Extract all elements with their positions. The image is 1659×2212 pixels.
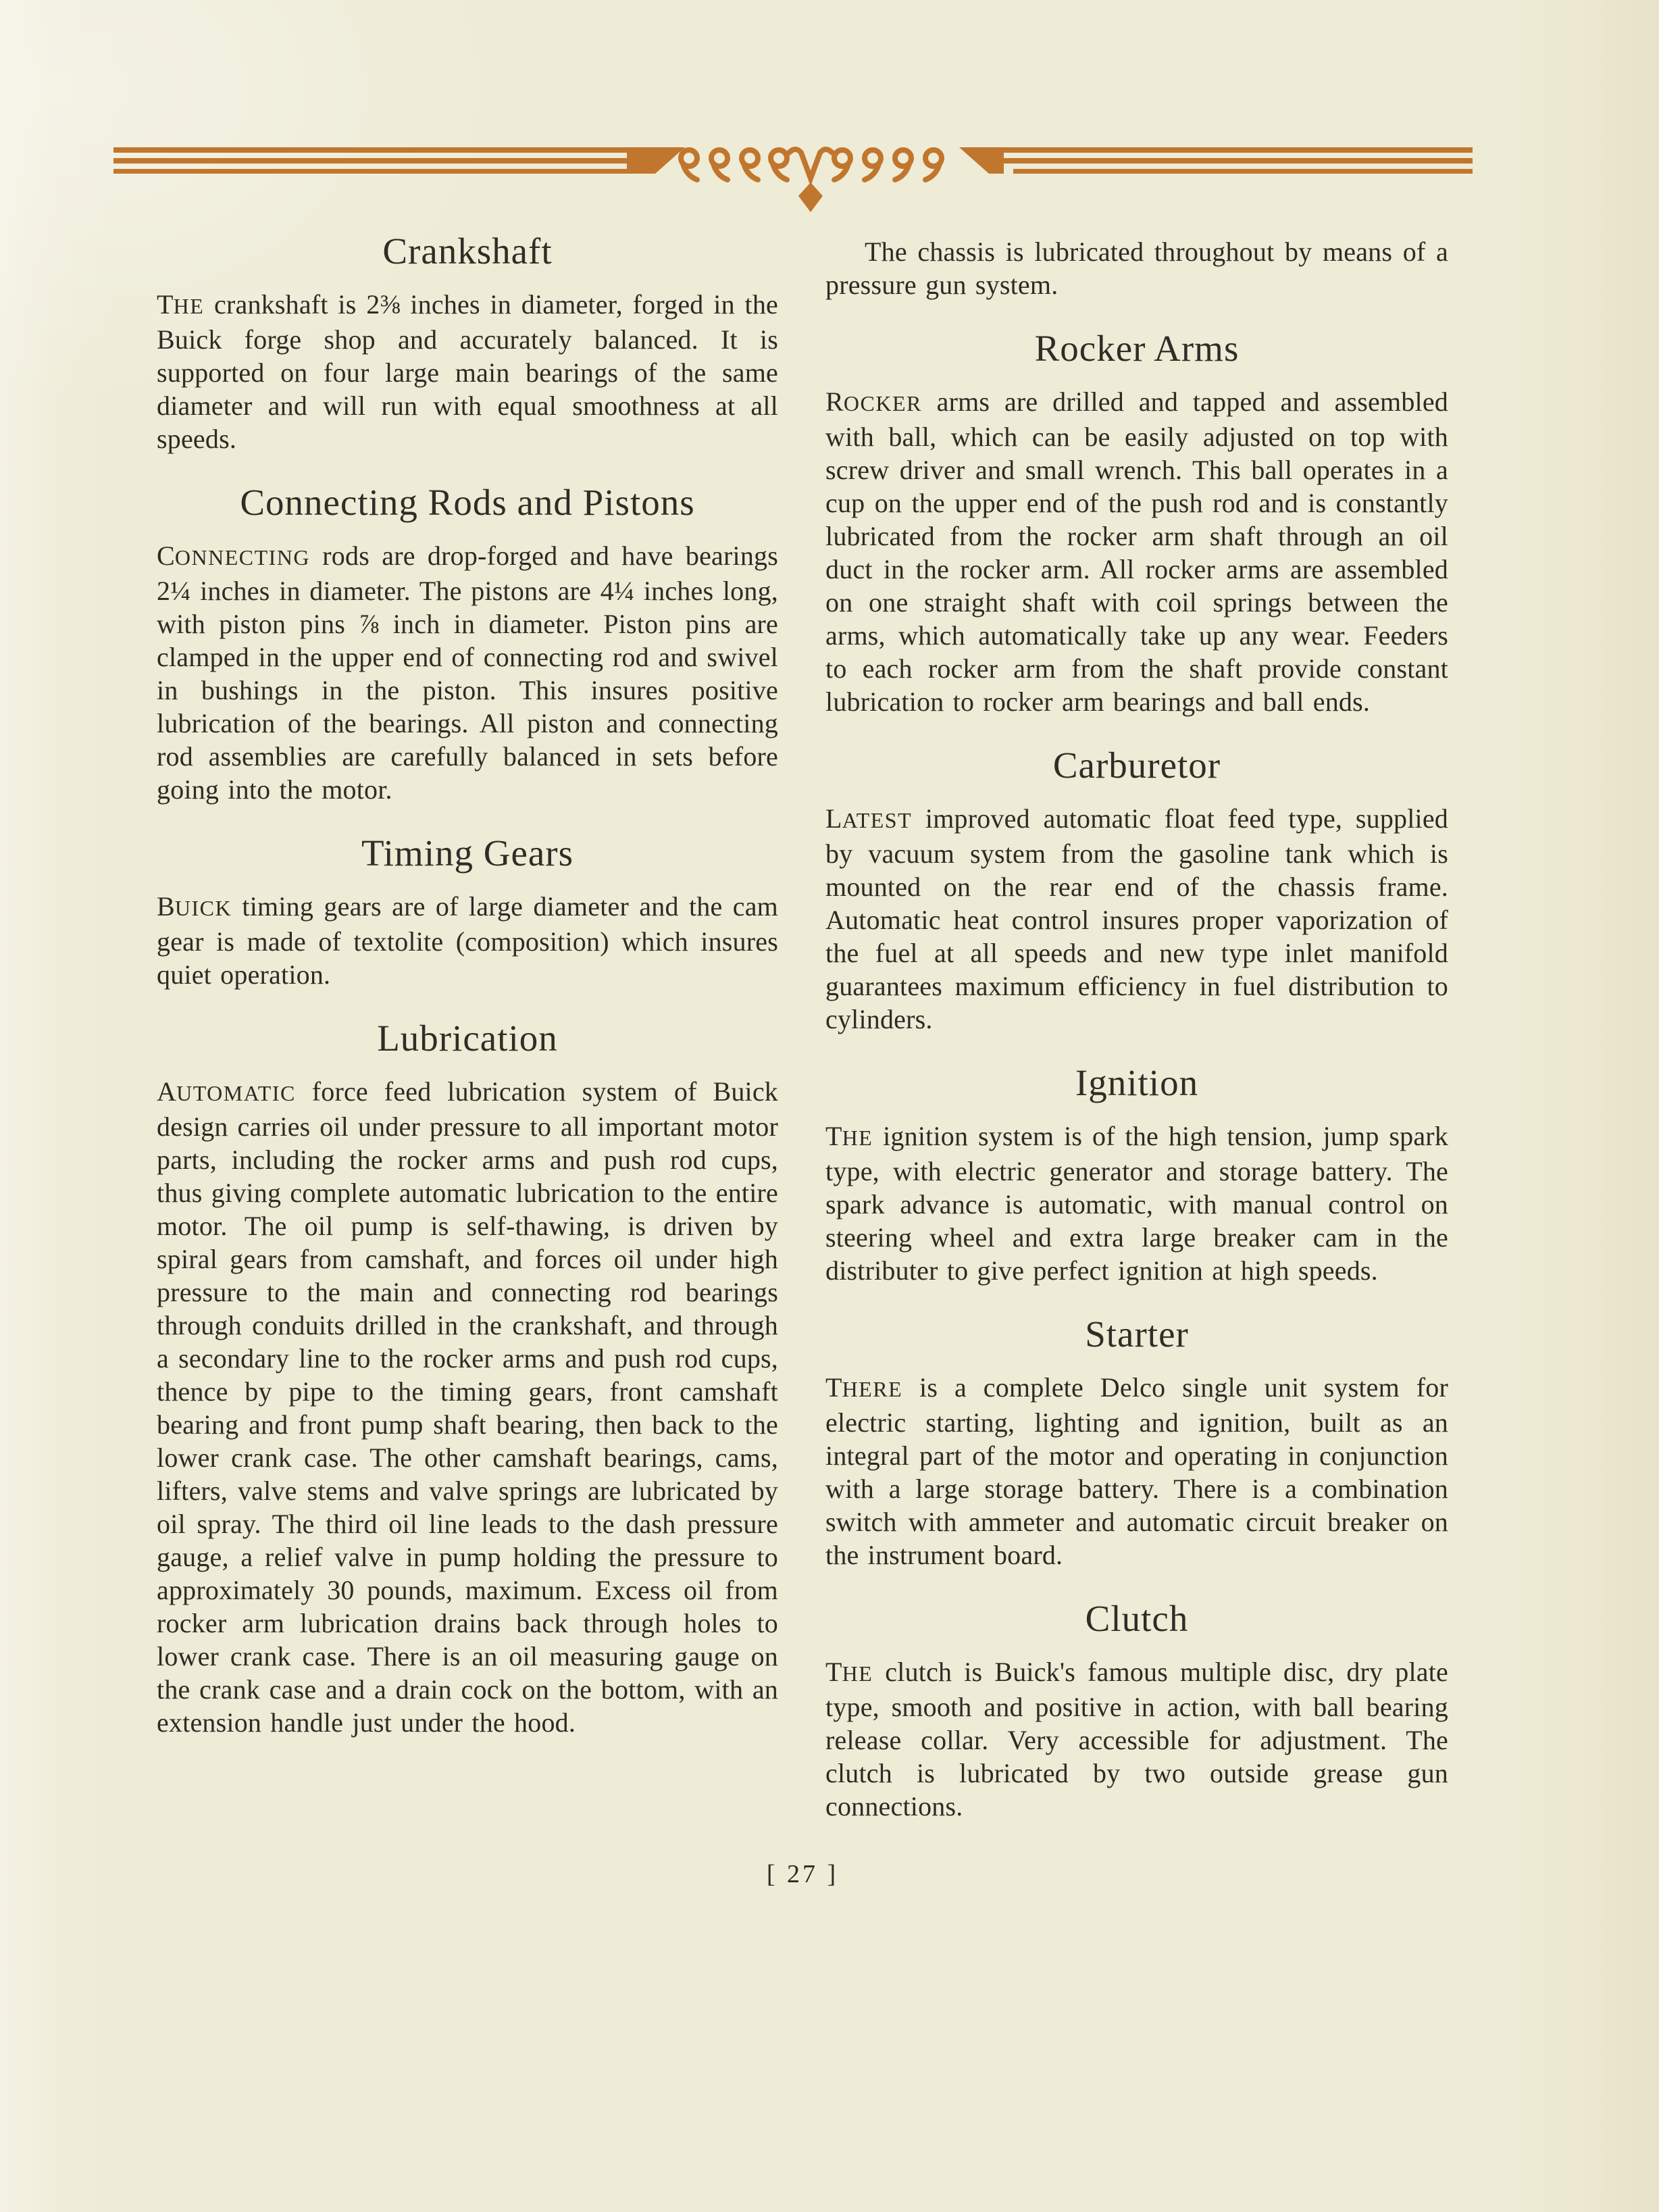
heading-crankshaft: Crankshaft bbox=[157, 230, 778, 273]
lead-smallcaps: HERE bbox=[842, 1377, 903, 1401]
lead-smallcaps: HE bbox=[842, 1126, 873, 1150]
ornament-divider bbox=[113, 145, 1473, 212]
paragraph-carburetor: LATEST improved automatic float feed typ… bbox=[825, 802, 1448, 1036]
paragraph-timing-gears: BUICK timing gears are of large diameter… bbox=[157, 890, 778, 991]
paragraph-text: clutch is Buick's famous multiple disc, … bbox=[825, 1657, 1448, 1821]
lead-capital: T bbox=[825, 1121, 842, 1151]
page-number: [ 27 ] bbox=[157, 1859, 1448, 1889]
lead-smallcaps: OCKER bbox=[844, 391, 922, 416]
book-page: Crankshaft THE crankshaft is 2⅜ inches i… bbox=[0, 0, 1659, 2212]
lead-smallcaps: ONNECTING bbox=[175, 545, 310, 570]
lead-capital: B bbox=[157, 891, 175, 922]
lead-capital: L bbox=[825, 803, 842, 834]
paragraph-text: rods are drop-forged and have bearings 2… bbox=[157, 541, 778, 805]
paragraph-text: is a complete Delco single unit system f… bbox=[825, 1372, 1448, 1570]
paragraph-connecting-rods: CONNECTING rods are drop-forged and have… bbox=[157, 539, 778, 806]
lead-smallcaps: UICK bbox=[175, 896, 232, 920]
paragraph-text: The chassis is lubricated throughout by … bbox=[825, 236, 1448, 300]
left-column: Crankshaft THE crankshaft is 2⅜ inches i… bbox=[157, 230, 778, 1739]
section-ignition: Ignition THE ignition system is of the h… bbox=[825, 1061, 1448, 1287]
lead-smallcaps: ATEST bbox=[842, 808, 913, 832]
heading-connecting-rods: Connecting Rods and Pistons bbox=[157, 481, 778, 524]
heading-rocker-arms: Rocker Arms bbox=[825, 327, 1448, 370]
paragraph-text: ignition system is of the high tension, … bbox=[825, 1121, 1448, 1286]
lead-smallcaps: UTOMATIC bbox=[176, 1081, 296, 1105]
section-connecting-rods: Connecting Rods and Pistons CONNECTING r… bbox=[157, 481, 778, 806]
section-timing-gears: Timing Gears BUICK timing gears are of l… bbox=[157, 832, 778, 991]
section-starter: Starter THERE is a complete Delco single… bbox=[825, 1313, 1448, 1572]
section-clutch: Clutch THE clutch is Buick's famous mult… bbox=[825, 1597, 1448, 1823]
lead-capital: C bbox=[157, 541, 175, 571]
paragraph-crankshaft: THE crankshaft is 2⅜ inches in diameter,… bbox=[157, 288, 778, 455]
heading-starter: Starter bbox=[825, 1313, 1448, 1356]
section-crankshaft: Crankshaft THE crankshaft is 2⅜ inches i… bbox=[157, 230, 778, 455]
section-chassis-note: The chassis is lubricated throughout by … bbox=[825, 235, 1448, 301]
lead-capital: R bbox=[825, 386, 844, 417]
section-carburetor: Carburetor LATEST improved automatic flo… bbox=[825, 744, 1448, 1036]
scroll-rule-icon bbox=[113, 145, 1473, 212]
heading-clutch: Clutch bbox=[825, 1597, 1448, 1640]
paragraph-clutch: THE clutch is Buick's famous multiple di… bbox=[825, 1655, 1448, 1823]
lead-capital: A bbox=[157, 1076, 176, 1107]
lead-capital: T bbox=[825, 1372, 842, 1403]
section-lubrication: Lubrication AUTOMATIC force feed lubrica… bbox=[157, 1017, 778, 1739]
paragraph-text: crankshaft is 2⅜ inches in diameter, for… bbox=[157, 289, 778, 454]
section-rocker-arms: Rocker Arms ROCKER arms are drilled and … bbox=[825, 327, 1448, 718]
paragraph-text: improved automatic float feed type, supp… bbox=[825, 803, 1448, 1034]
paragraph-chassis-note: The chassis is lubricated throughout by … bbox=[825, 235, 1448, 301]
paragraph-ignition: THE ignition system is of the high tensi… bbox=[825, 1120, 1448, 1287]
lead-capital: T bbox=[825, 1657, 842, 1687]
heading-lubrication: Lubrication bbox=[157, 1017, 778, 1060]
paragraph-text: arms are drilled and tapped and assemble… bbox=[825, 386, 1448, 717]
paragraph-rocker-arms: ROCKER arms are drilled and tapped and a… bbox=[825, 385, 1448, 718]
heading-ignition: Ignition bbox=[825, 1061, 1448, 1105]
paragraph-starter: THERE is a complete Delco single unit sy… bbox=[825, 1371, 1448, 1572]
paragraph-lubrication: AUTOMATIC force feed lubrication system … bbox=[157, 1075, 778, 1739]
right-column: The chassis is lubricated throughout by … bbox=[825, 230, 1448, 1823]
lead-smallcaps: HE bbox=[174, 294, 205, 318]
paragraph-text: timing gears are of large diameter and t… bbox=[157, 891, 778, 990]
lead-capital: T bbox=[157, 289, 174, 320]
paragraph-text: force feed lubrication system of Buick d… bbox=[157, 1076, 778, 1738]
heading-timing-gears: Timing Gears bbox=[157, 832, 778, 875]
heading-carburetor: Carburetor bbox=[825, 744, 1448, 787]
lead-smallcaps: HE bbox=[842, 1661, 873, 1686]
